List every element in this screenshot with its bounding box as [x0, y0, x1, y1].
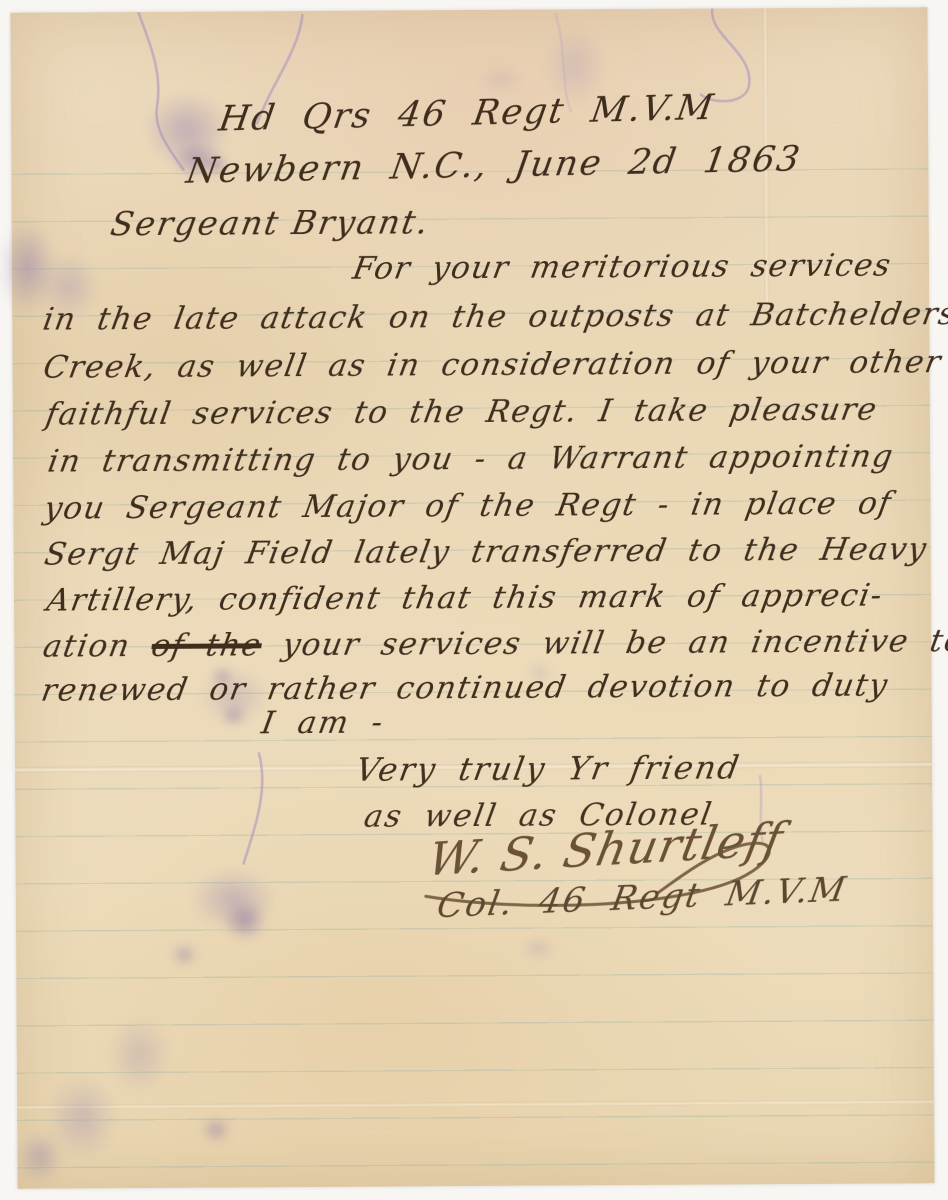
scanned-letter-image: Hd Qrs 46 Regt M.V.M Newbern N.C., June … — [0, 0, 948, 1200]
letter-body-line: Creek, as well as in consideration of yo… — [41, 344, 945, 386]
letter-body-line: in the late attack on the outposts at Ba… — [40, 296, 948, 338]
letter-body-line: faithful services to the Regt. I take pl… — [43, 392, 881, 433]
letter-body-line: in transmitting to you - a Warrant appoi… — [45, 438, 896, 479]
letter-closing-line: Very truly Yr friend — [353, 748, 743, 788]
scribbled-out-word: of the — [149, 627, 265, 664]
letter-page: Hd Qrs 46 Regt M.V.M Newbern N.C., June … — [10, 7, 934, 1189]
body-text-pre: ation — [40, 628, 154, 665]
letter-body-line: renewed or rather continued devotion to … — [39, 667, 892, 708]
letter-salutation: Sergeant Bryant. — [108, 202, 433, 243]
letter-body-line: Sergt Maj Field lately transferred to th… — [42, 531, 930, 572]
body-text-post: your services will be an incentive to — [259, 623, 948, 663]
letter-closing-iam: I am - — [259, 705, 387, 742]
letter-body-line: For your meritorious services — [350, 247, 894, 286]
letter-body-line: you Sergeant Major of the Regt - in plac… — [42, 485, 895, 526]
letter-body-line: Artillery, confident that this mark of a… — [44, 577, 886, 618]
letter-body-line-with-correction: ation of the your services will be an in… — [40, 623, 948, 665]
